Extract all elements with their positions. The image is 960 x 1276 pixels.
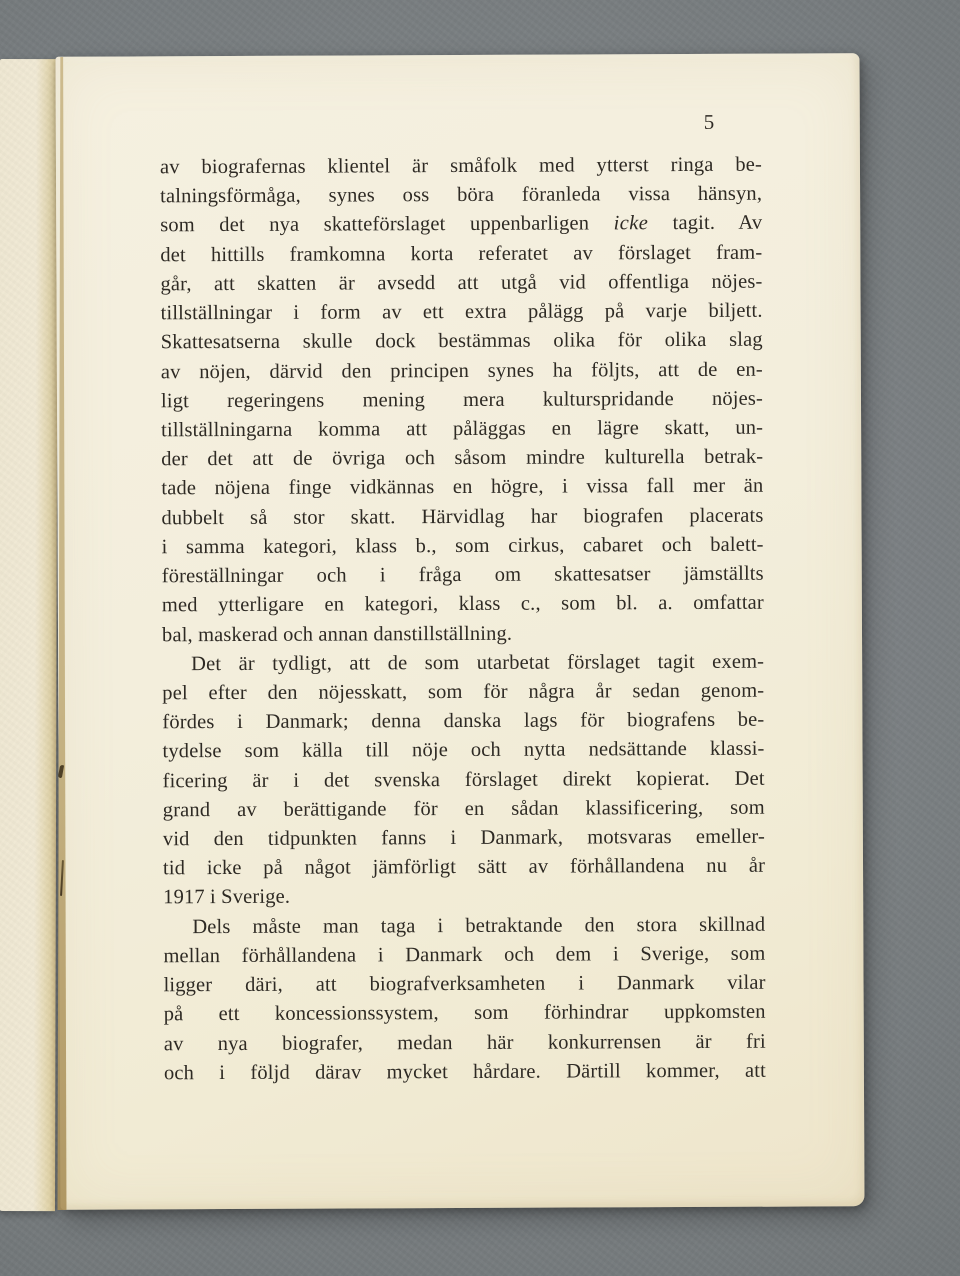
- text-line: pel efter den nöjesskatt, som för några …: [162, 677, 764, 709]
- text-line: 1917 i Sverige.: [163, 881, 765, 913]
- text-line: tillställningarna komma att påläggas en …: [161, 414, 763, 446]
- adjacent-page-edge: [0, 59, 58, 1211]
- scanned-book-photo: 5 av biografernas klientel är småfolk me…: [0, 0, 960, 1276]
- text-line: vid den tidpunkten fanns i Danmark, mots…: [163, 823, 765, 855]
- text-line: med ytterligare en kategori, klass c., s…: [162, 589, 764, 621]
- text-line: tillställningar i form av ett extra pålä…: [161, 297, 763, 329]
- text-line: mellan förhållandena i Danmark och dem i…: [163, 940, 765, 972]
- text-line: ligt regeringens mening mera kultursprid…: [161, 384, 763, 416]
- book-page: 5 av biografernas klientel är småfolk me…: [55, 53, 864, 1209]
- text-line: talningsförmåga, synes oss böra föranled…: [160, 180, 762, 212]
- text-line: av biografernas klientel är småfolk med …: [160, 151, 762, 183]
- text-line: der det att de övriga och såsom mindre k…: [161, 443, 763, 475]
- text-line: tydelse som källa till nöje och nytta ne…: [162, 735, 764, 767]
- paragraph: Det är tydligt, att de som utarbetat för…: [162, 647, 765, 913]
- text-line: tid icke på något jämförligt sätt av för…: [163, 852, 765, 884]
- text-line: som det nya skatteförslaget uppenbarlige…: [160, 209, 762, 241]
- paragraph: av biografernas klientel är småfolk med …: [160, 151, 764, 650]
- text-line: i samma kategori, klass b., som cirkus, …: [162, 531, 764, 563]
- text-line: av nya biografer, medan här konkurrensen…: [164, 1027, 766, 1059]
- text-line: föreställningar och i fråga om skattesat…: [162, 560, 764, 592]
- text-line: av nöjen, därvid den principen synes ha …: [161, 355, 763, 387]
- text-line: fördes i Danmark; denna danska lags för …: [162, 706, 764, 738]
- page-number: 5: [704, 110, 744, 135]
- text-line: går, att skatten är avsedd att utgå vid …: [160, 268, 762, 300]
- text-line: dubbelt så stor skatt. Härvidlag har bio…: [161, 501, 763, 533]
- text-line: bal, maskerad och annan danstillställnin…: [162, 618, 764, 650]
- text-line: Det är tydligt, att de som utarbetat för…: [162, 647, 764, 679]
- text-line: ficering är i det svenska förslaget dire…: [163, 764, 765, 796]
- text-line: grand av berättigande för en sådan klass…: [163, 793, 765, 825]
- text-line: tade nöjena finge vidkännas en högre, i …: [161, 472, 763, 504]
- body-text: av biografernas klientel är småfolk med …: [160, 151, 766, 1089]
- text-line: ligger däri, att biografverksamheten i D…: [163, 969, 765, 1001]
- text-line: Skattesatserna skulle dock bestämmas oli…: [161, 326, 763, 358]
- text-line: det hittills framkomna korta referatet a…: [160, 238, 762, 270]
- paragraph: Dels måste man taga i betraktande den st…: [163, 910, 766, 1088]
- text-line: på ett koncessionssystem, som förhindrar…: [164, 998, 766, 1030]
- text-line: Dels måste man taga i betraktande den st…: [163, 910, 765, 942]
- text-line: och i följd därav mycket hårdare. Därtil…: [164, 1056, 766, 1088]
